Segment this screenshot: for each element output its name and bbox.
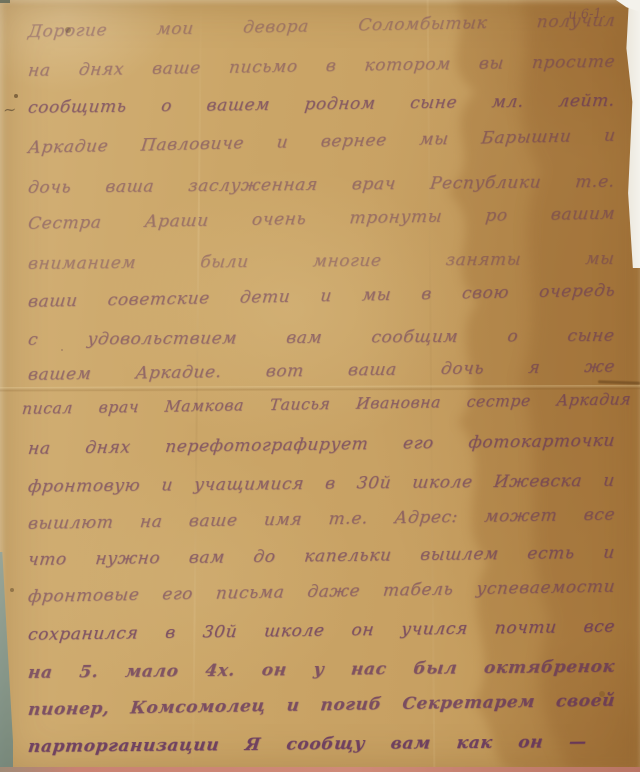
handwritten-line: с удовольствием вам сообщим о сыне: [27, 328, 615, 349]
handwritten-line: ваши советские дети и мы в свою очередь: [27, 283, 616, 311]
paper-specks: [14, 94, 18, 98]
handwritten-line: на 5. мало 4х. он у нас был октябренок: [27, 659, 616, 682]
handwritten-line: Дорогие мои девора Соломбытык получил: [27, 13, 616, 41]
scanner-edge-top-left: [0, 0, 10, 3]
handwritten-line: сообщить о вашем родном сыне мл. лейт.: [27, 93, 616, 117]
handwritten-line: сохранился в 30й школе он учился почти в…: [27, 619, 616, 644]
handwritten-line: пионер, Комсомолец и погиб Секретарем св…: [27, 693, 616, 719]
letter-paper: и 6-1. ~ Дорогие мои девора Соломбытык п…: [0, 0, 640, 772]
handwritten-line: дочь ваша заслуженная врач Республики т.…: [27, 174, 616, 197]
handwritten-line: вышлют на ваше имя т.е. Адрес: может все: [27, 507, 616, 533]
handwritten-line: Сестра Араши очень тронуты ро вашим: [27, 206, 616, 233]
fold-crack: [598, 380, 640, 384]
handwritten-line: на днях перефотографирует его фотокарточ…: [27, 433, 616, 458]
handwritten-line: Аркадие Павловиче и вернее мы Барышни и: [27, 128, 617, 157]
vertical-crease: [427, 0, 436, 772]
handwritten-line: парторганизации Я сообщу вам как он —: [27, 734, 588, 756]
margin-mark: ~: [2, 100, 17, 120]
handwritten-line: вашем Аркадие. вот ваша дочь я же: [27, 359, 616, 384]
handwritten-line: на днях ваше письмо в котором вы просите: [27, 54, 616, 80]
letter-scan: и 6-1. ~ Дорогие мои девора Соломбытык п…: [0, 0, 640, 772]
handwritten-line: фронтовую и учащимися в 30й школе Ижевск…: [27, 473, 616, 496]
handwritten-line: вниманием были многие заняты мы: [27, 251, 615, 273]
handwritten-line: что нужно вам до капельки вышлем есть и: [27, 545, 616, 569]
handwritten-line: писал врач Мамкова Таисья Ивановна сестр…: [21, 392, 632, 417]
handwritten-line: фронтовые его письма даже табель успевае…: [27, 579, 616, 606]
scanner-edge-bottom: [0, 767, 640, 772]
